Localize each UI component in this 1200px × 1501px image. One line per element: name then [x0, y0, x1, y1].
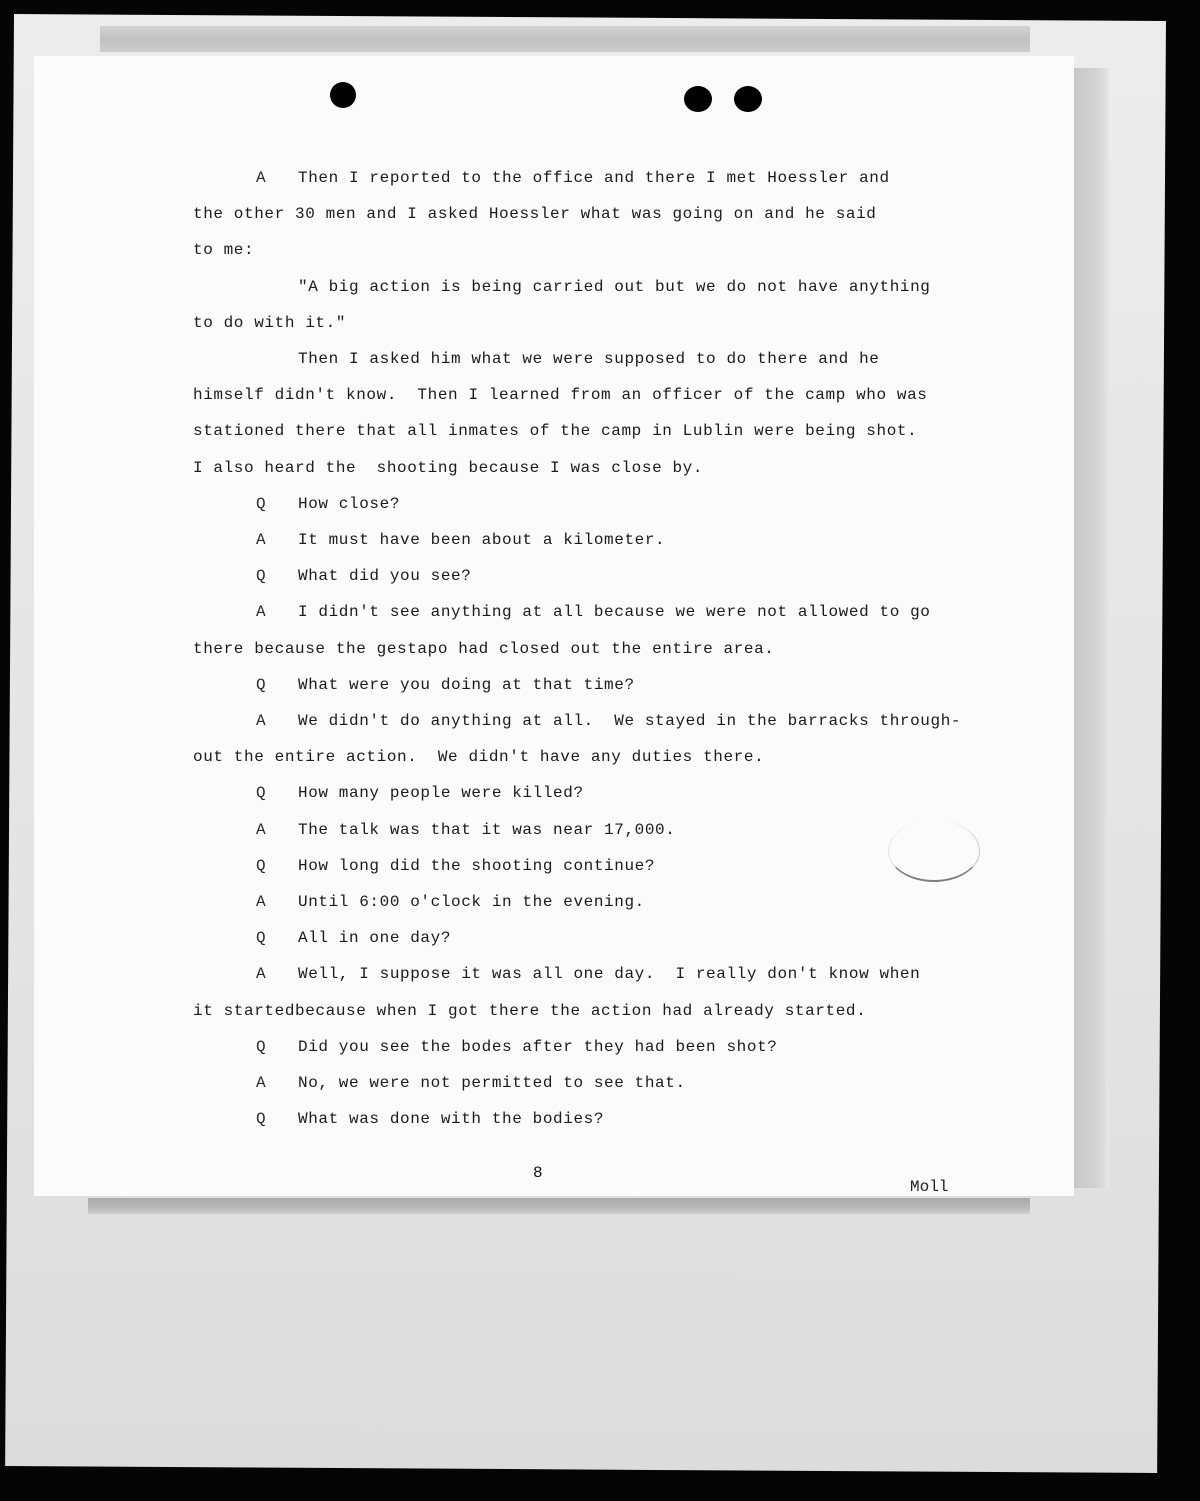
archive-stamp-icon	[888, 820, 980, 882]
transcript-line: How many people were killed?	[298, 783, 584, 803]
speaker-label: Q	[256, 675, 266, 695]
speaker-label: A	[256, 530, 266, 550]
punch-hole-icon	[330, 82, 356, 108]
transcript-line: How close?	[298, 494, 400, 514]
speaker-label: A	[256, 602, 266, 622]
transcript-line: "A big action is being carried out but w…	[298, 277, 931, 297]
transcript-line: What were you doing at that time?	[298, 675, 635, 695]
speaker-label: Q	[256, 783, 266, 803]
transcript-line: Then I asked him what we were supposed t…	[298, 349, 880, 369]
transcript-line: to do with it."	[193, 313, 346, 333]
speaker-label: A	[256, 820, 266, 840]
speaker-label: Q	[256, 1037, 266, 1057]
transcript-line: No, we were not permitted to see that.	[298, 1073, 686, 1093]
transcript-line: I also heard the shooting because I was …	[193, 458, 703, 478]
right-shadow-band	[1073, 68, 1109, 1188]
signature-initials: Moll	[910, 1178, 948, 1196]
transcript-line: to me:	[193, 240, 254, 260]
speaker-label: Q	[256, 494, 266, 514]
page-number: 8	[533, 1164, 543, 1182]
transcript-line: there because the gestapo had closed out…	[193, 639, 775, 659]
punch-hole-icon	[684, 86, 712, 112]
transcript-line: All in one day?	[298, 928, 451, 948]
punch-hole-icon	[734, 86, 762, 112]
speaker-label: A	[256, 892, 266, 912]
document-page	[34, 56, 1074, 1196]
top-shadow-band	[100, 26, 1030, 52]
speaker-label: Q	[256, 1109, 266, 1129]
transcript-line: the other 30 men and I asked Hoessler wh…	[193, 204, 877, 224]
transcript-line: The talk was that it was near 17,000.	[298, 820, 675, 840]
transcript-line: Until 6:00 o'clock in the evening.	[298, 892, 645, 912]
transcript-line: Then I reported to the office and there …	[298, 168, 890, 188]
bottom-shadow-band	[88, 1198, 1030, 1214]
transcript-line: Did you see the bodes after they had bee…	[298, 1037, 777, 1057]
transcript-line: It must have been about a kilometer.	[298, 530, 665, 550]
transcript-line: We didn't do anything at all. We stayed …	[298, 711, 961, 731]
speaker-label: Q	[256, 566, 266, 586]
transcript-line: Well, I suppose it was all one day. I re…	[298, 964, 920, 984]
speaker-label: Q	[256, 856, 266, 876]
transcript-line: it startedbecause when I got there the a…	[193, 1001, 866, 1021]
speaker-label: A	[256, 168, 266, 188]
transcript-line: I didn't see anything at all because we …	[298, 602, 931, 622]
transcript-line: stationed there that all inmates of the …	[193, 421, 917, 441]
transcript-line: What did you see?	[298, 566, 471, 586]
speaker-label: A	[256, 1073, 266, 1093]
speaker-label: Q	[256, 928, 266, 948]
transcript-line: out the entire action. We didn't have an…	[193, 747, 764, 767]
speaker-label: A	[256, 711, 266, 731]
transcript-line: himself didn't know. Then I learned from…	[193, 385, 928, 405]
transcript-line: What was done with the bodies?	[298, 1109, 604, 1129]
speaker-label: A	[256, 964, 266, 984]
transcript-line: How long did the shooting continue?	[298, 856, 655, 876]
